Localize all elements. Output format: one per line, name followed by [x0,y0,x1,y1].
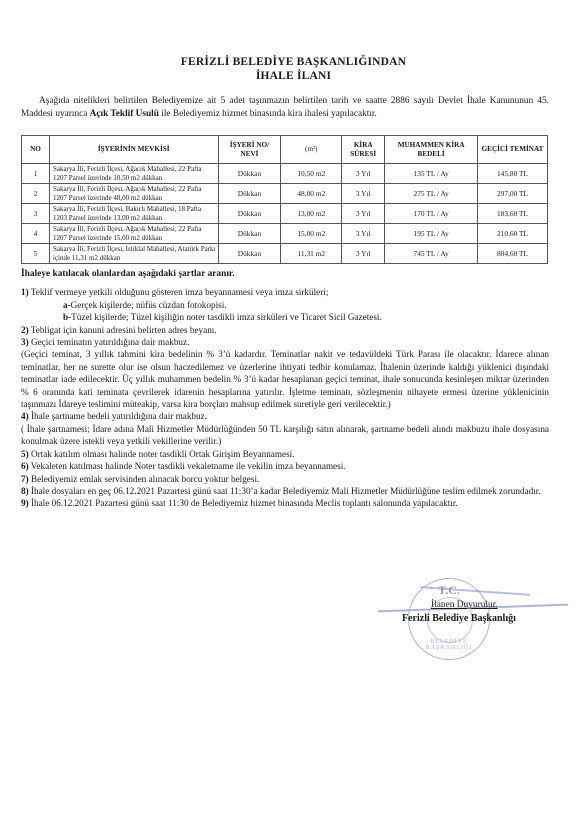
condition-text: İhale dosyaları en geç 06.12.2021 Pazart… [29,486,541,496]
condition-item: b-Tüzel kişilerde; Tüzel kişiliğin noter… [21,311,549,323]
col-header-type: İŞYERİ NO/ NEVİ [218,136,281,164]
table-row: 3Sakarya İli, Ferizli İlçesi, Bakırlı Ma… [22,204,548,224]
cell-rent: 135 TL / Ay [385,164,478,184]
cell-location: Sakarya İli, Ferizli İlçesi, Ağacık Maha… [49,164,218,184]
cell-area: 13,00 m2 [281,204,342,224]
cell-area: 15,00 m2 [281,224,342,244]
stamp-ring-text: BELEDİYE BAŞKANLIĞI [409,639,489,651]
cell-location: Sakarya İli, Ferizli İlçesi, Bakırlı Mah… [49,204,218,224]
cell-rent: 745 TL / Ay [385,244,478,264]
cell-area: 48,00 m2 [281,184,342,204]
cell-term: 3 Yıl [342,224,385,244]
cell-no: 1 [22,164,50,184]
condition-text: (Geçici teminat, 3 yıllık tahmini kira b… [21,349,549,409]
condition-item: a-Gerçek kişilerde; nüfüs cüzdan fotokop… [21,299,549,311]
condition-text: ( İhale şartnamesi; İdare adına Mali Hiz… [21,424,549,446]
col-header-area: (m²) [281,136,342,164]
cell-location: Sakarya İli, Ferizli İlçesi, İstiklal Ma… [49,244,218,264]
intro-bold: Açık Teklif Usulü [90,109,159,119]
cell-type: Dükkan [218,184,281,204]
condition-text: Teklif vermeye yetkili olduğunu gösteren… [29,287,329,297]
cell-term: 3 Yıl [342,164,385,184]
condition-number: 4) [21,411,29,421]
condition-number: 2) [21,325,29,335]
condition-number: b- [63,312,71,322]
cell-deposit: 210,60 TL [478,224,548,244]
cell-type: Dükkan [218,204,281,224]
cell-no: 2 [22,184,50,204]
condition-item: 3) Geçici teminatın yatırıldığına dair m… [21,336,549,348]
cell-no: 3 [22,204,50,224]
cell-area: 11,31 m2 [281,244,342,264]
cell-deposit: 297,00 TL [478,184,548,204]
condition-text: İhale 06.12.2021 Pazartesi günü saat 11:… [29,498,458,508]
col-header-deposit: GEÇİCİ TEMİNAT [478,136,548,164]
col-header-term: KİRA SÜRESİ [342,136,385,164]
document-title: FERİZLİ BELEDİYE BAŞKANLIĞINDAN [0,56,587,68]
cell-rent: 195 TL / Ay [385,224,478,244]
cell-type: Dükkan [218,164,281,184]
condition-number: 7) [21,474,29,484]
conditions-list: 1) Teklif vermeye yetkili olduğunu göste… [21,286,549,509]
cell-type: Dükkan [218,244,281,264]
cell-deposit: 145,80 TL [478,164,548,184]
condition-item: 8) İhale dosyaları en geç 06.12.2021 Paz… [21,485,549,497]
col-header-rent: MUHAMMEN KİRA BEDELİ [385,136,478,164]
condition-text: Gerçek kişilerde; nüfüs cüzdan fotokopis… [71,300,227,310]
condition-item: 5) Ortak katılım olması halinde noter ta… [21,448,549,460]
condition-text: Ortak katılım olması halinde noter tasdi… [29,449,295,459]
condition-number: 3) [21,337,29,347]
condition-item: 7) Belediyemiz emlak servisinden alınaca… [21,473,549,485]
cell-location: Sakarya İli, Ferizli İlçesi, Ağacık Maha… [49,224,218,244]
property-table: NO İŞYERİNİN MEVKİSİ İŞYERİ NO/ NEVİ (m²… [21,135,548,264]
condition-item: 4) İhale şartname bedeli yatırıldığına d… [21,410,549,422]
condition-item: 9) İhale 06.12.2021 Pazartesi günü saat … [21,497,549,509]
condition-item: 6) Vekaleten katılması halinde Noter tas… [21,460,549,472]
condition-number: 1) [21,287,29,297]
intro-paragraph: Aşağıda nitelikleri belirtilen Belediyem… [21,95,549,120]
table-row: 4Sakarya İli, Ferizli İlçesi, Ağacık Mah… [22,224,548,244]
condition-item: 2) Tebligat için kanuni adresini belirte… [21,324,549,336]
cell-rent: 275 TL / Ay [385,184,478,204]
condition-text: Belediyemiz emlak servisinden alınacak b… [29,474,260,484]
condition-text: Geçici teminatın yatırıldığına dair makb… [29,337,190,347]
col-header-no: NO [22,136,50,164]
conditions-heading: İhaleye katılacak olanlardan aşağıdaki ş… [21,268,549,280]
cell-no: 4 [22,224,50,244]
cell-type: Dükkan [218,224,281,244]
condition-number: 5) [21,449,29,459]
intro-text-2: ile Belediyemiz hizmet binasında kira ih… [159,109,377,119]
condition-number: 6) [21,461,29,471]
stamp-tc: T.C. [409,583,489,598]
condition-item: (Geçici teminat, 3 yıllık tahmini kira b… [21,348,549,410]
table-row: 2Sakarya İli, Ferizli İlçesi, Ağacık Mah… [22,184,548,204]
condition-text: Vekaleten katılması halinde Noter tasdik… [29,461,346,471]
condition-item: 1) Teklif vermeye yetkili olduğunu göste… [21,286,549,298]
cell-rent: 170 TL / Ay [385,204,478,224]
signature-authority: Ferizli Belediye Başkanlığı [402,613,516,624]
table-header-row: NO İŞYERİNİN MEVKİSİ İŞYERİ NO/ NEVİ (m²… [22,136,548,164]
cell-deposit: 804,60 TL [478,244,548,264]
cell-location: Sakarya İli, Ferizli İlçesi, Ağacık Maha… [49,184,218,204]
signature-announcement: İlanen Duyurulur. [431,600,498,610]
table-row: 5Sakarya İli, Ferizli İlçesi, İstiklal M… [22,244,548,264]
condition-text: Tebligat için kanuni adresini belirten a… [29,325,217,335]
cell-term: 3 Yıl [342,184,385,204]
col-header-location: İŞYERİNİN MEVKİSİ [49,136,218,164]
condition-number: 8) [21,486,29,496]
condition-text: Tüzel kişilerde; Tüzel kişiliğin noter t… [71,312,382,322]
document-subtitle: İHALE İLANI [0,70,587,82]
cell-deposit: 183,60 TL [478,204,548,224]
condition-text: İhale şartname bedeli yatırıldığına dair… [29,411,207,421]
cell-term: 3 Yıl [342,204,385,224]
condition-number: 9) [21,498,29,508]
condition-number: a- [63,300,71,310]
cell-term: 3 Yıl [342,244,385,264]
condition-item: ( İhale şartnamesi; İdare adına Mali Hiz… [21,423,549,448]
conditions-section: İhaleye katılacak olanlardan aşağıdaki ş… [21,268,549,510]
table-row: 1Sakarya İli, Ferizli İlçesi, Ağacık Mah… [22,164,548,184]
cell-no: 5 [22,244,50,264]
cell-area: 10,50 m2 [281,164,342,184]
